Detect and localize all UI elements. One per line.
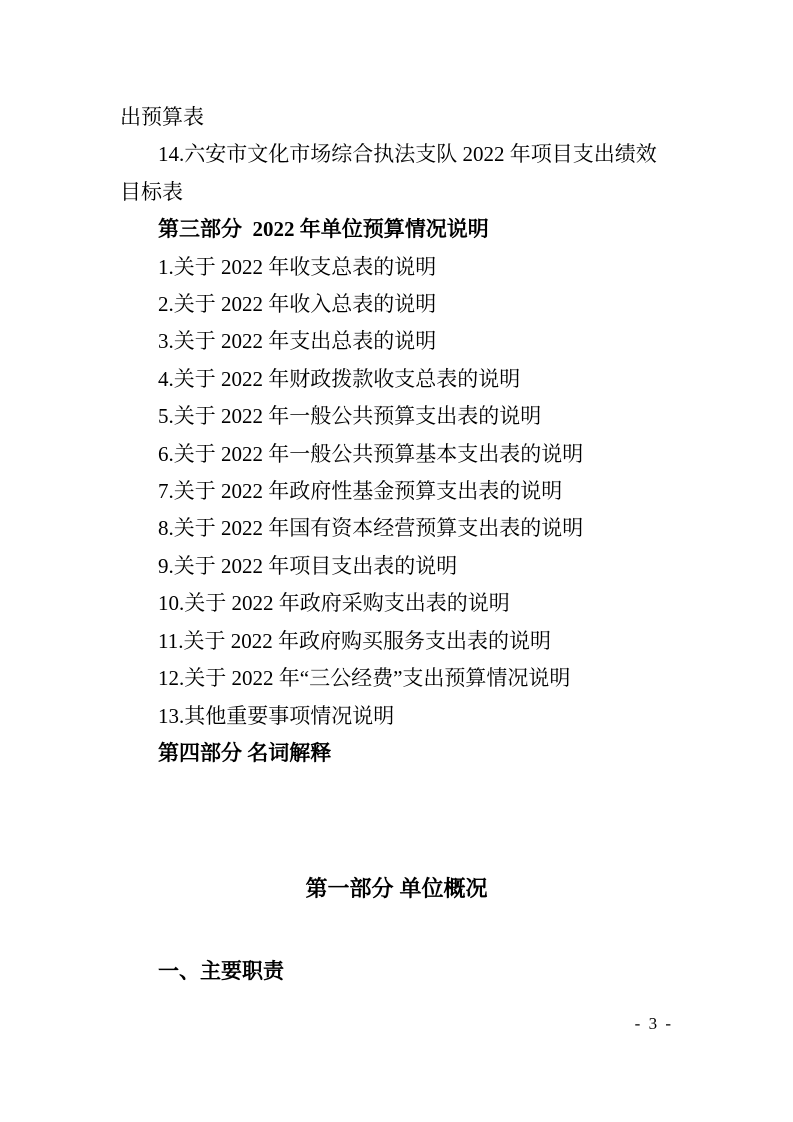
toc-line: 3.关于 2022 年支出总表的说明 <box>120 323 673 360</box>
toc-line: 12.关于 2022 年“三公经费”支出预算情况说明 <box>120 660 673 697</box>
toc-part-heading: 第三部分 2022 年单位预算情况说明 <box>120 211 673 248</box>
document-page: 出预算表 14.六安市文化市场综合执法支队 2022 年项目支出绩效 目标表 第… <box>0 0 793 1122</box>
toc-part-heading: 第四部分 名词解释 <box>120 735 673 772</box>
toc-line: 10.关于 2022 年政府采购支出表的说明 <box>120 585 673 622</box>
toc-line: 1.关于 2022 年收支总表的说明 <box>120 249 673 286</box>
table-of-contents: 出预算表 14.六安市文化市场综合执法支队 2022 年项目支出绩效 目标表 第… <box>120 99 673 772</box>
toc-line: 目标表 <box>120 174 673 211</box>
page-number: - 3 - <box>635 1013 673 1035</box>
toc-line: 6.关于 2022 年一般公共预算基本支出表的说明 <box>120 436 673 473</box>
toc-line: 4.关于 2022 年财政拨款收支总表的说明 <box>120 361 673 398</box>
toc-line: 9.关于 2022 年项目支出表的说明 <box>120 548 673 585</box>
main-duties-heading: 一、主要职责 <box>158 957 284 987</box>
toc-line: 出预算表 <box>120 99 673 136</box>
toc-line: 8.关于 2022 年国有资本经营预算支出表的说明 <box>120 510 673 547</box>
part-one-heading: 第一部分 单位概况 <box>120 874 673 904</box>
toc-line: 14.六安市文化市场综合执法支队 2022 年项目支出绩效 <box>120 136 673 173</box>
toc-line: 2.关于 2022 年收入总表的说明 <box>120 286 673 323</box>
toc-line: 13.其他重要事项情况说明 <box>120 698 673 735</box>
toc-line: 5.关于 2022 年一般公共预算支出表的说明 <box>120 398 673 435</box>
toc-line: 7.关于 2022 年政府性基金预算支出表的说明 <box>120 473 673 510</box>
toc-line: 11.关于 2022 年政府购买服务支出表的说明 <box>120 623 673 660</box>
